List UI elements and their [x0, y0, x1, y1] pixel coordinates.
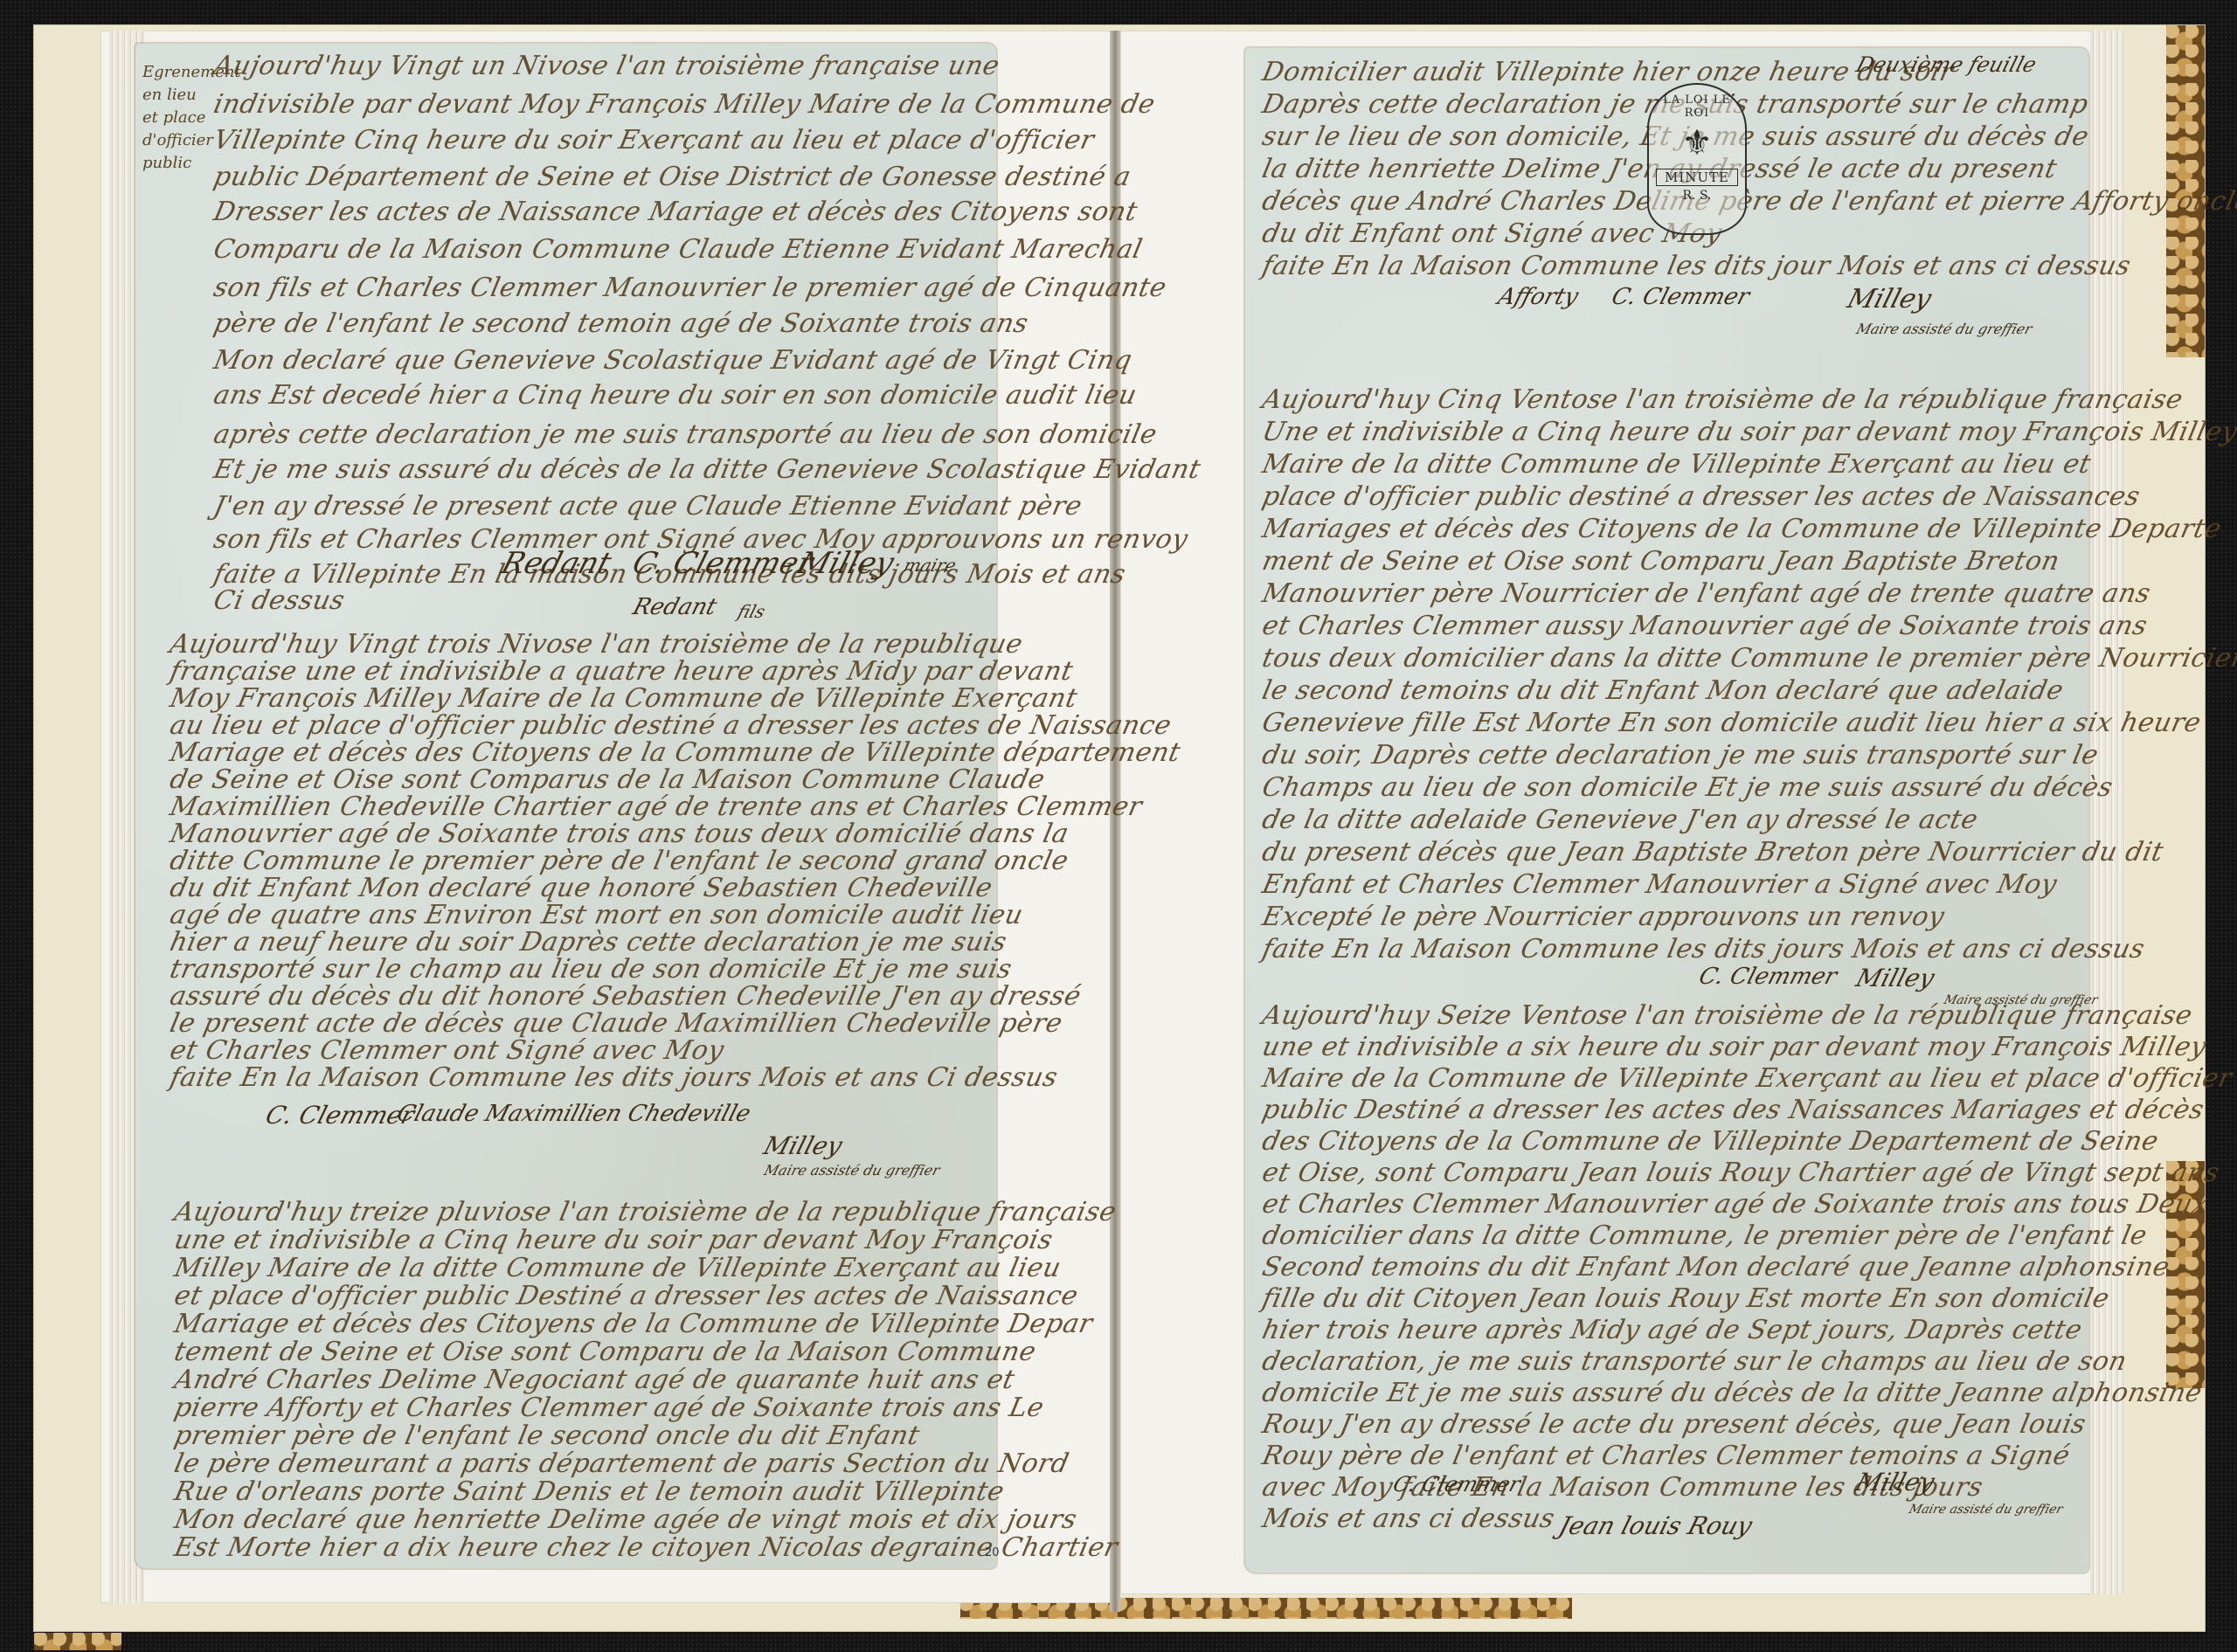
manuscript-line: et place d'officier public Destiné a dre…: [171, 1281, 1081, 1311]
signature: Milley: [1853, 964, 1937, 992]
right-manuscript-sheet: Domicilier audit Villepinte hier onze he…: [1245, 48, 2088, 1573]
manuscript-line: indivisible par devant Moy François Mill…: [211, 89, 1158, 120]
manuscript-line: et Charles Clemmer Manouvrier agé de Soi…: [1259, 1189, 2211, 1220]
signature: Milley: [794, 546, 897, 581]
manuscript-line: du soir, Daprès cette declaration je me …: [1259, 740, 2101, 771]
manuscript-line: Aujourd'huy Cinq Ventose l'an troisième …: [1259, 384, 2185, 415]
signature: Milley: [1844, 284, 1935, 315]
folio-number: 20: [985, 1546, 1000, 1559]
manuscript-line: faite En la Maison Commune les dits jour…: [167, 1062, 1060, 1093]
manuscript-line: place d'officier public destiné a dresse…: [1259, 481, 2143, 512]
signature: Redant: [630, 594, 720, 620]
manuscript-line: Mariage et décès des Citoyens de la Comm…: [167, 737, 1183, 768]
manuscript-line: au lieu et place d'officier public desti…: [167, 710, 1174, 741]
manuscript-line: Milley Maire de la ditte Commune de Vill…: [171, 1253, 1063, 1283]
signature: Claude Maximillien Chedeville: [394, 1101, 754, 1127]
manuscript-line: Champs au lieu de son domicile Et je me …: [1259, 772, 2116, 803]
manuscript-line: assuré du décès du dit honoré Sebastien …: [167, 981, 1084, 1012]
manuscript-line: et Charles Clemmer ont Signé avec Moy: [167, 1035, 726, 1066]
manuscript-line: public Département de Seine et Oise Dist…: [211, 162, 1133, 192]
manuscript-line: Comparu de la Maison Commune Claude Etie…: [211, 234, 1145, 265]
signature: C. Clemmer: [1390, 1472, 1523, 1496]
manuscript-line: Ci dessus: [211, 585, 348, 616]
manuscript-line: domicile Et je me suis assuré du décès d…: [1259, 1378, 2205, 1408]
manuscript-line: des Citoyens de la Commune de Villepinte…: [1259, 1126, 2161, 1157]
manuscript-line: declaration, je me suis transporté sur l…: [1259, 1346, 2130, 1377]
signature: C. Clemmer: [1696, 964, 1840, 990]
signature: C. Clemmer: [1609, 284, 1753, 310]
manuscript-line: J'en ay dressé le present acte que Claud…: [211, 491, 1084, 522]
manuscript-line: Et je me suis assuré du décès de la ditt…: [211, 454, 1203, 485]
manuscript-line: transporté sur le champ au lieu de son d…: [167, 954, 1015, 985]
manuscript-line: son fils et Charles Clemmer Manouvrier l…: [211, 273, 1169, 303]
manuscript-line: Excepté le père Nourricier approuvons un…: [1259, 902, 1947, 932]
signature-role: Maire assisté du greffier: [762, 1162, 942, 1179]
signature: Milley: [760, 1131, 845, 1160]
manuscript-line: André Charles Delime Negociant agé de qu…: [171, 1365, 1017, 1395]
manuscript-line: Moy François Milley Maire de la Commune …: [167, 683, 1080, 714]
manuscript-line: premier père de l'enfant le second oncle…: [171, 1420, 922, 1451]
manuscript-line: père de l'enfant le second temoin agé de…: [211, 308, 1031, 339]
manuscript-line: Mon declaré que Genevieve Scolastique Ev…: [211, 345, 1135, 376]
manuscript-line: Second temoins du dit Enfant Mon declaré…: [1259, 1252, 2172, 1282]
manuscript-line: le second temoins du dit Enfant Mon decl…: [1259, 675, 2066, 706]
manuscript-line: Manouvrier agé de Soixante trois ans tou…: [167, 819, 1071, 849]
manuscript-line: ans Est decedé hier a Cinq heure du soir…: [211, 380, 1139, 411]
manuscript-line: et Charles Clemmer aussy Manouvrier agé …: [1259, 611, 2150, 641]
manuscript-line: faite En la Maison Commune les dits jour…: [1259, 934, 2147, 964]
signature: Milley: [1853, 1468, 1937, 1496]
manuscript-line: de Seine et Oise sont Comparus de la Mai…: [167, 764, 1048, 795]
manuscript-line: tement de Seine et Oise sont Comparu de …: [171, 1337, 1039, 1367]
manuscript-line: française une et indivisible a quatre he…: [167, 656, 1076, 687]
manuscript-line: Rouy J'en ay dressé le acte du present d…: [1259, 1409, 2088, 1440]
manuscript-line: Aujourd'huy treize pluviose l'an troisiè…: [171, 1197, 1118, 1227]
manuscript-line: ditte Commune le premier père de l'enfan…: [167, 846, 1071, 876]
manuscript-line: public Destiné a dresser les actes des N…: [1259, 1095, 2206, 1125]
stamp-bottom-text: R. S.: [1649, 189, 1745, 203]
manuscript-line: le present acte de décès que Claude Maxi…: [167, 1008, 1065, 1039]
manuscript-line: Genevieve fille Est Morte En son domicil…: [1259, 708, 2204, 738]
manuscript-line: Domicilier audit Villepinte hier onze he…: [1259, 57, 1957, 87]
manuscript-line: et Oise, sont Comparu Jean louis Rouy Ch…: [1259, 1158, 2222, 1188]
stamp-top-text: LA LOI LE ROI: [1649, 93, 1745, 120]
manuscript-line: Maximillien Chedeville Chartier agé de t…: [167, 791, 1145, 822]
signature: Jean louis Rouy: [1555, 1511, 1756, 1540]
manuscript-line: Est Morte hier a dix heure chez le citoy…: [171, 1532, 1120, 1563]
manuscript-line: Mariage et décès des Citoyens de la Comm…: [171, 1309, 1095, 1339]
stamp-figure-icon: ⚜: [1649, 123, 1745, 163]
signature: Afforty: [1495, 284, 1582, 310]
manuscript-line: Aujourd'huy Vingt trois Nivose l'an troi…: [167, 629, 1025, 660]
manuscript-line: hier a neuf heure du soir Daprès cette d…: [167, 927, 1009, 957]
manuscript-line: du dit Enfant Mon declaré que honoré Seb…: [167, 873, 995, 903]
signature-role: Maire assisté du greffier: [1908, 1503, 2065, 1517]
marbled-cover-bottom-left: [34, 1633, 121, 1650]
signature-role: Maire assisté du greffier: [1943, 993, 2100, 1007]
signature-role: fils: [736, 601, 768, 622]
manuscript-line: Rue d'orleans porte Saint Denis et le te…: [171, 1476, 1007, 1507]
manuscript-line: Rouy père de l'enfant et Charles Clemmer…: [1259, 1441, 2073, 1471]
manuscript-line: Mon declaré que henriette Delime agée de…: [171, 1504, 1079, 1535]
manuscript-line: Une et indivisible a Cinq heure du soir …: [1259, 417, 2237, 447]
manuscript-line: une et indivisible a Cinq heure du soir …: [171, 1225, 1056, 1255]
manuscript-line: Villepinte Cinq heure du soir Exerçant a…: [211, 125, 1097, 156]
manuscript-line: Aujourd'huy Vingt un Nivose l'an troisiè…: [211, 51, 1002, 81]
manuscript-line: le père demeurant a paris département de…: [171, 1448, 1071, 1479]
manuscript-line: agé de quatre ans Environ Est mort en so…: [167, 900, 1026, 930]
margin-annotation: Egrenement en lieu et place d'officier p…: [142, 61, 212, 175]
manuscript-line: Enfant et Charles Clemmer Manouvrier a S…: [1259, 869, 2060, 900]
manuscript-line: Mois et ans ci dessus: [1259, 1503, 1557, 1534]
signature-role: Maire assisté du greffier: [1854, 321, 2034, 337]
manuscript-line: faite En la Maison Commune les dits jour…: [1259, 251, 2133, 281]
manuscript-line: domicilier dans la ditte Commune, le pre…: [1259, 1220, 2150, 1251]
tax-stamp: LA LOI LE ROI ⚜ MINUTE R. S.: [1647, 83, 1747, 235]
signature-role: maire: [902, 555, 959, 576]
manuscript-line: décès que André Charles Delime père de l…: [1259, 186, 2237, 217]
manuscript-line: ment de Seine et Oise sont Comparu Jean …: [1259, 546, 2062, 577]
sheet-heading-note: Deuxième feuille: [1853, 52, 2040, 77]
signature: Redant: [497, 546, 615, 581]
manuscript-line: Mariages et décès des Citoyens de la Com…: [1259, 514, 2224, 544]
manuscript-line: Manouvrier père Nourricier de l'enfant a…: [1259, 578, 2153, 609]
manuscript-line: une et indivisible a six heure du soir p…: [1259, 1032, 2209, 1062]
manuscript-line: Maire de la Commune de Villepinte Exerça…: [1259, 1063, 2234, 1094]
manuscript-line: de la ditte adelaide Genevieve J'en ay d…: [1259, 805, 1980, 835]
manuscript-line: Maire de la ditte Commune de Villepinte …: [1259, 449, 2094, 480]
manuscript-line: du present décès que Jean Baptiste Breto…: [1259, 837, 2166, 867]
manuscript-line: fille du dit Citoyen Jean louis Rouy Est…: [1259, 1283, 2112, 1314]
left-manuscript-sheet: Egrenement en lieu et place d'officier p…: [135, 44, 996, 1568]
stamp-middle-text: MINUTE: [1656, 169, 1738, 186]
signature: C. Clemmer: [628, 546, 817, 581]
manuscript-line: tous deux domicilier dans la ditte Commu…: [1259, 643, 2237, 674]
manuscript-line: hier trois heure après Midy agé de Sept …: [1259, 1315, 2085, 1345]
manuscript-line: pierre Afforty et Charles Clemmer agé de…: [171, 1393, 1047, 1423]
manuscript-line: Dresser les actes de Naissance Mariage e…: [211, 197, 1140, 227]
manuscript-line: après cette declaration je me suis trans…: [211, 419, 1160, 450]
